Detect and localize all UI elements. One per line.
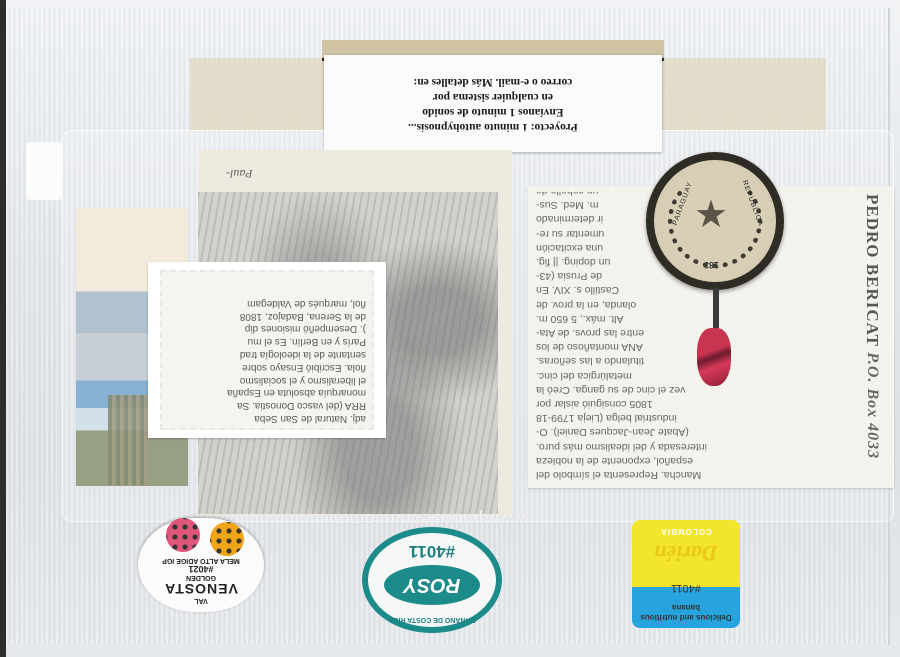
project-card-line: en cualquier sistema por [408, 89, 578, 104]
venosta-origin: MELA ALTO ADIGE IGP [138, 557, 264, 564]
star-icon: ★ [694, 196, 728, 234]
venosta-prefix: VAL [138, 597, 264, 604]
tape-piece [26, 142, 62, 200]
venosta-text: VAL VENOSTA GOLDEN #4021 MELA ALTO ADIGE… [138, 557, 264, 604]
scan-edge [0, 0, 6, 657]
darien-sticker: Delicious and nutritious banana #4011 Da… [632, 520, 740, 628]
ladybug-icon [210, 522, 244, 556]
seal-stem [713, 288, 719, 330]
rosy-code: #4011 [368, 541, 496, 561]
venosta-brand: VENOSTA [138, 581, 264, 597]
pressed-flower [697, 328, 731, 386]
darien-tagline: Delicious and nutritious banana [632, 602, 740, 622]
darien-code: #4011 [632, 582, 740, 594]
venosta-sticker: VAL VENOSTA GOLDEN #4021 MELA ALTO ADIGE… [138, 518, 264, 612]
seal-number: 183 [704, 260, 719, 270]
project-card-line: Envíanos 1 minuto de sonido [408, 104, 578, 119]
rosy-brand: ROSY [384, 565, 480, 605]
darien-brand: Darién [632, 540, 740, 566]
ladybug-icon [166, 518, 200, 552]
venosta-code: #4021 [138, 564, 264, 574]
watermark-url: www.punosenna.com.ar [326, 509, 527, 529]
seal-face: ★ PARAGUAY REPUBLICA 183 [654, 160, 776, 282]
darien-country: COLOMBIA [632, 527, 740, 536]
rosy-sticker: BANANO DE COSTA RICA ROSY #4011 [362, 527, 502, 633]
venosta-variety: GOLDEN [138, 574, 264, 581]
rosy-subtitle: BANANO DE COSTA RICA [368, 616, 496, 623]
paraguay-seal: ★ PARAGUAY REPUBLICA 183 [646, 152, 784, 290]
project-card-line: correo o e-mail. Más detalles en: [408, 74, 578, 89]
